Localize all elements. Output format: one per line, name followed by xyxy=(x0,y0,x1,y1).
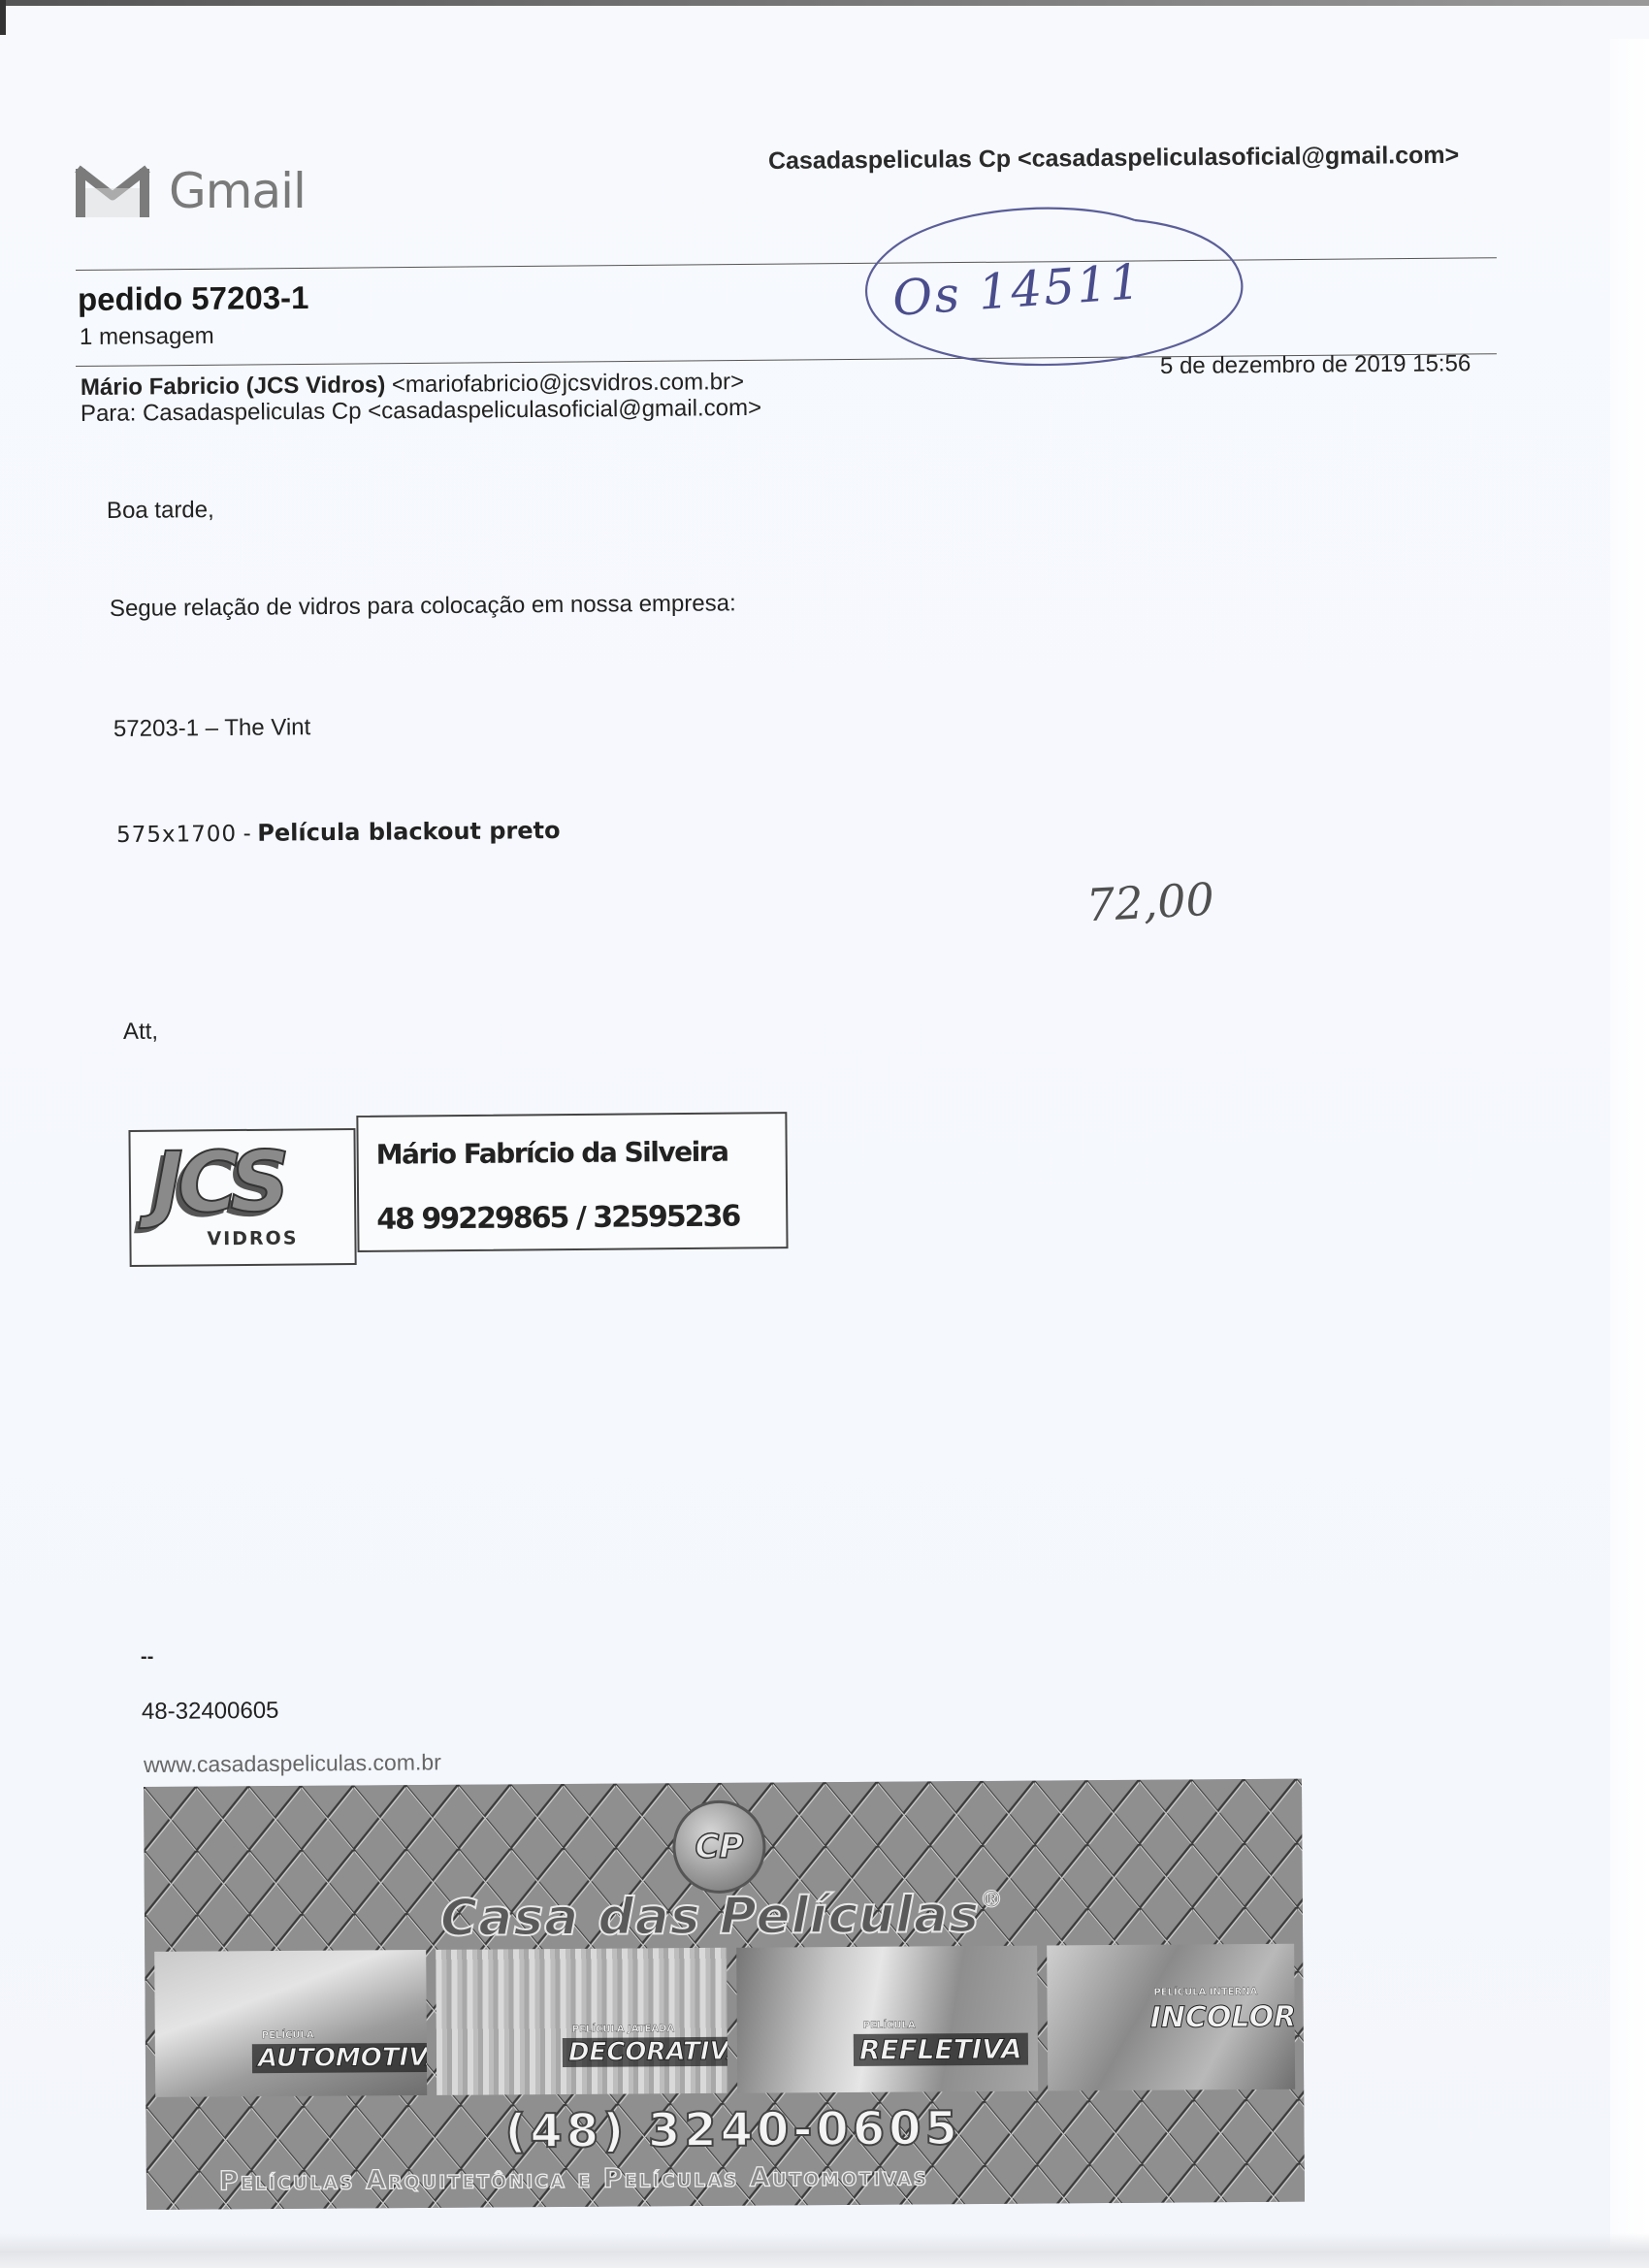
handwritten-price: 72,00 xyxy=(1085,873,1215,932)
signature-separator: -- xyxy=(141,1646,154,1669)
footer-website-link[interactable]: www.casadaspeliculas.com.br xyxy=(144,1749,441,1778)
panel-decorativa: PELÍCULA JATEADA DECORATIVA xyxy=(436,1948,727,2095)
scan-edge-right xyxy=(1610,39,1649,2268)
sender-name: Mário Fabricio (JCS Vidros) xyxy=(81,372,386,401)
jcs-signature-card: JCS VIDROS Mário Fabrício da Silveira 48… xyxy=(128,1112,787,1263)
header-divider xyxy=(76,257,1497,271)
signature-name: Mário Fabrício da Silveira xyxy=(376,1136,728,1171)
gmail-wordmark: Gmail xyxy=(169,163,306,219)
item-description: Película blackout preto xyxy=(257,817,560,847)
gmail-m-icon xyxy=(74,163,151,219)
jcs-logo-subtitle: VIDROS xyxy=(207,1227,298,1249)
panel-label: DECORATIVA xyxy=(563,2037,727,2067)
panel-incolor: PELÍCULA INTERNA INCOLOR xyxy=(1047,1944,1295,2091)
item-line: 575x1700 - Película blackout preto xyxy=(116,817,561,849)
jcs-logo-mark: JCS xyxy=(152,1141,285,1225)
banner-tagline: Películas Arquitetônica e Películas Auto… xyxy=(219,2161,929,2196)
thread-subject: pedido 57203-1 xyxy=(78,279,309,318)
brand-text: Casa das Películas xyxy=(440,1886,981,1948)
panel-label: AUTOMOTIVA xyxy=(252,2043,427,2073)
gmail-logo: Gmail xyxy=(74,163,306,219)
panel-refletiva: PELÍCULA REFLETIVA xyxy=(736,1946,1038,2093)
message-date: 5 de dezembro de 2019 15:56 xyxy=(1160,350,1471,380)
sender-email: <mariofabricio@jcsvidros.com.br> xyxy=(392,369,744,398)
panel-automotiva: PELÍCULA AUTOMOTIVA xyxy=(154,1950,427,2097)
item-dimensions: 575x1700 xyxy=(116,822,237,848)
scan-edge-left xyxy=(0,0,6,35)
scan-edge-bottom xyxy=(0,2233,1649,2268)
order-line: 57203-1 – The Vint xyxy=(113,714,311,743)
account-identity: Casadaspeliculas Cp <casadaspeliculasofi… xyxy=(768,142,1459,176)
signature-phones: 48 99229865 / 32595236 xyxy=(376,1200,739,1237)
casa-das-peliculas-banner: CP Casa das Películas® PELÍCULA AUTOMOTI… xyxy=(144,1779,1305,2210)
registered-mark: ® xyxy=(980,1886,1004,1913)
closing: Att, xyxy=(123,1019,158,1046)
footer-phone: 48-32400605 xyxy=(142,1698,279,1726)
panel-label: INCOLOR xyxy=(1145,2000,1296,2035)
message-count: 1 mensagem xyxy=(80,323,214,351)
product-panels: PELÍCULA AUTOMOTIVA PELÍCULA JATEADA DEC… xyxy=(154,1944,1300,2097)
panel-label: REFLETIVA xyxy=(854,2033,1028,2066)
cp-logo-badge: CP xyxy=(672,1800,766,1895)
greeting: Boa tarde, xyxy=(107,497,214,525)
jcs-contact-box: Mário Fabrício da Silveira 48 99229865 /… xyxy=(356,1112,788,1252)
panel-caption: PELÍCULA JATEADA xyxy=(572,2024,674,2035)
recipient: Para: Casadaspeliculas Cp <casadaspelicu… xyxy=(81,395,761,428)
scan-edge-top xyxy=(0,0,1649,6)
panel-caption: PELÍCULA INTERNA xyxy=(1153,1987,1257,1998)
item-separator: - xyxy=(237,821,258,847)
cp-logo-text: CP xyxy=(695,1828,743,1866)
scanned-page: Gmail Casadaspeliculas Cp <casadaspelicu… xyxy=(0,0,1649,2268)
banner-phone: (48) 3240-0605 xyxy=(504,2101,961,2158)
banner-brand-name: Casa das Películas® xyxy=(440,1886,1005,1948)
panel-caption: PELÍCULA xyxy=(863,2020,916,2030)
intro-text: Segue relação de vidros para colocação e… xyxy=(110,590,736,623)
panel-caption: PELÍCULA xyxy=(262,2030,314,2041)
jcs-logo: JCS VIDROS xyxy=(128,1128,356,1267)
